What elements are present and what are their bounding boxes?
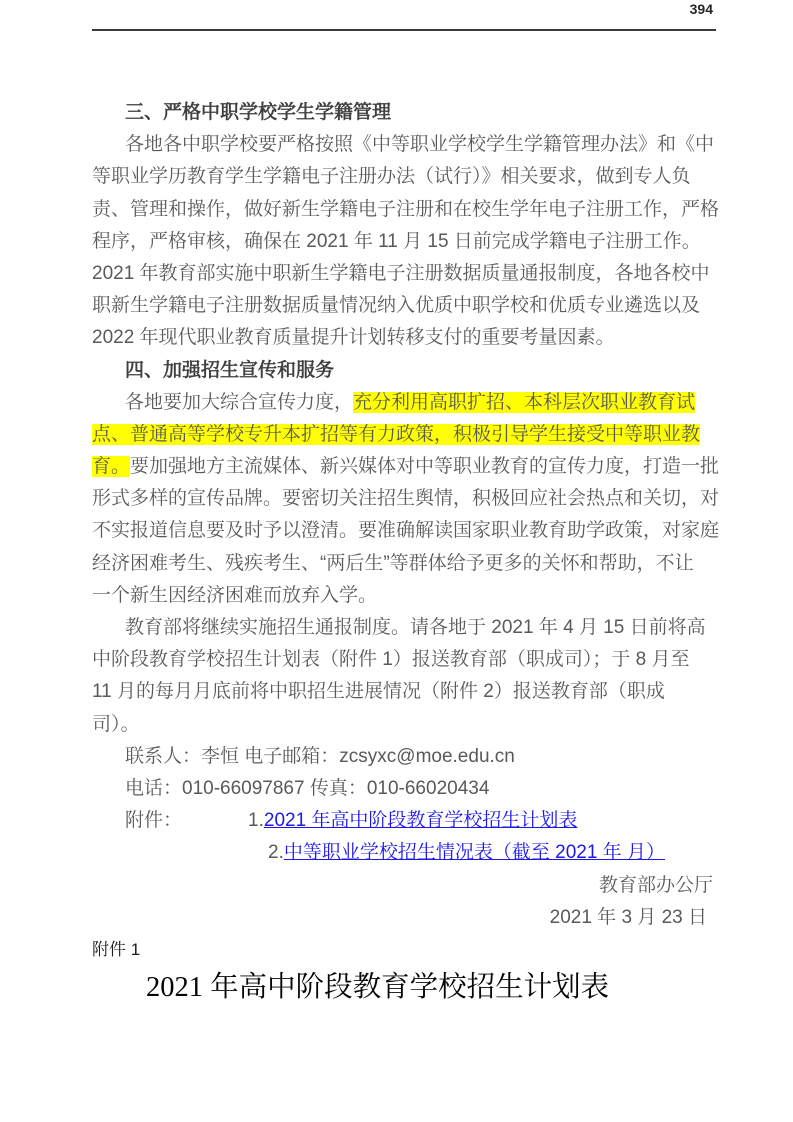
attachments-line-1: 附件：1.2021 年高中阶段教育学校招生计划表: [92, 805, 716, 837]
plain-text: 要加强地方主流媒体、新兴媒体对中等职业教育的宣传力度，打造一批: [130, 456, 719, 477]
plain-text: 各地要加大综合宣传力度，: [125, 392, 353, 413]
paragraph-line: 不实报道信息要及时予以澄清。要准确解读国家职业教育助学政策，对家庭: [92, 515, 716, 547]
highlighted-text: 充分利用高职扩招、本科层次职业教育试: [353, 392, 695, 413]
section-heading-4: 四、加强招生宣传和服务: [92, 355, 716, 387]
paragraph-line: 点、普通高等学校专升本扩招等有力政策，积极引导学生接受中等职业教: [92, 419, 716, 451]
highlighted-text: 点、普通高等学校专升本扩招等有力政策，积极引导学生接受中等职业教: [92, 424, 700, 445]
contact-phone-line: 电话：010-66097867 传真：010-66020434: [92, 773, 716, 805]
paragraph-line: 育。要加强地方主流媒体、新兴媒体对中等职业教育的宣传力度，打造一批: [92, 451, 716, 483]
signature-organization: 教育部办公厅: [92, 870, 716, 902]
section-heading-3: 三、严格中职学校学生学籍管理: [92, 97, 716, 129]
paragraph-line: 中阶段教育学校招生计划表（附件 1）报送教育部（职成司）；于 8 月至: [92, 644, 716, 676]
paragraph-line: 各地各中职学校要严格按照《中等职业学校学生学籍管理办法》和《中: [92, 129, 716, 161]
paragraph-line: 司）。: [92, 709, 716, 741]
paragraph-line: 职新生学籍电子注册数据质量情况纳入优质中职学校和优质专业遴选以及: [92, 290, 716, 322]
attachment-2-link[interactable]: 中等职业学校招生情况表（截至 2021 年 月）: [284, 842, 665, 863]
paragraph-line: 一个新生因经济困难而放弃入学。: [92, 580, 716, 612]
annex-title: 2021 年高中阶段教育学校招生计划表: [92, 968, 716, 1008]
attachment-2-number: 2.: [268, 842, 284, 863]
paragraph-line: 教育部将继续实施招生通报制度。请各地于 2021 年 4 月 15 日前将高: [92, 612, 716, 644]
highlighted-text: 育。: [92, 456, 130, 477]
attachment-1-number: 1.: [248, 810, 264, 831]
attachment-1-link[interactable]: 2021 年高中阶段教育学校招生计划表: [264, 810, 578, 831]
attachments-label: 附件：: [125, 810, 182, 831]
annex-label: 附件 1: [92, 934, 716, 966]
document-page: 394 三、严格中职学校学生学籍管理 各地各中职学校要严格按照《中等职业学校学生…: [0, 0, 793, 1122]
signature-date: 2021 年 3 月 23 日: [92, 902, 716, 934]
paragraph-line: 2022 年现代职业教育质量提升计划转移支付的重要考量因素。: [92, 322, 716, 354]
paragraph-line: 经济困难考生、残疾考生、“两后生”等群体给予更多的关怀和帮助，不让: [92, 548, 716, 580]
attachments-line-2: 2.中等职业学校招生情况表（截至 2021 年 月）: [92, 837, 716, 869]
paragraph-line: 等职业学历教育学生学籍电子注册办法（试行）》相关要求，做到专人负: [92, 161, 716, 193]
paragraph-line: 责、管理和操作，做好新生学籍电子注册和在校生学年电子注册工作，严格: [92, 194, 716, 226]
paragraph-line: 程序，严格审核，确保在 2021 年 11 月 15 日前完成学籍电子注册工作。: [92, 226, 716, 258]
paragraph-line: 各地要加大综合宣传力度，充分利用高职扩招、本科层次职业教育试: [92, 387, 716, 419]
contact-person-line: 联系人：李恒 电子邮箱：zcsyxc@moe.edu.cn: [92, 741, 716, 773]
paragraph-line: 11 月的每月月底前将中职招生进展情况（附件 2）报送教育部（职成: [92, 676, 716, 708]
header-divider-line: [92, 29, 716, 31]
document-body: 三、严格中职学校学生学籍管理 各地各中职学校要严格按照《中等职业学校学生学籍管理…: [92, 97, 716, 1008]
page-number: 394: [690, 1, 713, 17]
paragraph-line: 2021 年教育部实施中职新生学籍电子注册数据质量通报制度，各地各校中: [92, 258, 716, 290]
paragraph-line: 形式多样的宣传品牌。要密切关注招生舆情，积极回应社会热点和关切，对: [92, 483, 716, 515]
